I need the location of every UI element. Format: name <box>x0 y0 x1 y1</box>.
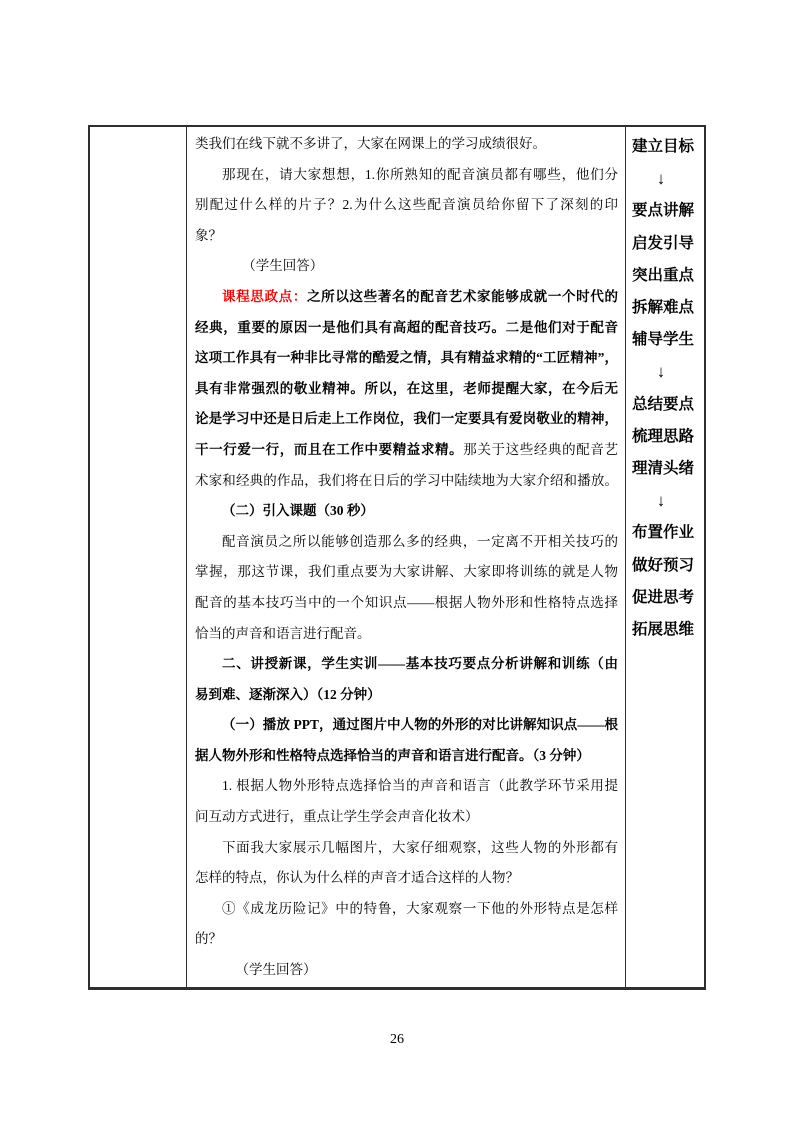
content-line: 配音演员之所以能够创造那么多的经典，一定离不开相关技巧的 <box>195 527 618 558</box>
content-line: 类我们在线下就不多讲了，大家在网课上的学习成绩很好。 <box>195 129 618 160</box>
content-line: （学生回答） <box>195 251 618 282</box>
content-line: 1. 根据人物外形特点选择恰当的声音和语言（此教学环节采用提 <box>195 771 618 802</box>
text-segment: 这项工作具有一种非比寻常的酷爱之情，具有精益求精的“工匠精神”， <box>195 350 618 365</box>
text-segment: 据人物外形和性格特点选择恰当的声音和语言进行配音。（3 分钟） <box>195 748 590 763</box>
text-segment: ①《成龙历险记》中的特鲁，大家观察一下他的外形特点是怎样 <box>222 901 618 916</box>
text-segment: 问互动方式进行，重点让学生学会声音化妆术） <box>195 809 479 824</box>
content-line: 术家和经典的作品，我们将在日后的学习中陆续地为大家介绍和播放。 <box>195 466 618 497</box>
teaching-method-item: 做好预习 <box>632 550 702 582</box>
content-line: 配音的基本技巧当中的一个知识点——根据人物外形和性格特点选择 <box>195 588 618 619</box>
teaching-method-item: 辅导学生 <box>632 324 702 356</box>
text-segment: 类我们在线下就不多讲了，大家在网课上的学习成绩很好。 <box>195 136 546 151</box>
text-segment: 掌握，那这节课，我们重点要为大家讲解、大家即将训练的就是人物 <box>195 564 618 579</box>
table-cell-lesson-content: 类我们在线下就不多讲了，大家在网课上的学习成绩很好。那现在，请大家想想，1.你所… <box>187 127 626 987</box>
teaching-method-item: 突出重点 <box>632 260 702 292</box>
text-segment: 术家和经典的作品，我们将在日后的学习中陆续地为大家介绍和播放。 <box>195 473 618 488</box>
content-line: ①《成龙历险记》中的特鲁，大家观察一下他的外形特点是怎样 <box>195 894 618 925</box>
page-number: 26 <box>0 1032 794 1048</box>
content-line: （二）引入课题（30 秒） <box>195 496 618 527</box>
teaching-method-item: 建立目标 <box>632 131 702 163</box>
lesson-plan-table: 类我们在线下就不多讲了，大家在网课上的学习成绩很好。那现在，请大家想想，1.你所… <box>88 125 706 990</box>
text-segment: 下面我大家展示几幅图片，大家仔细观察，这些人物的外形都有 <box>222 840 618 855</box>
teaching-method-item: 促进思考 <box>632 582 702 614</box>
text-segment: 具有非常强烈的敬业精神。所以，在这里，老师提醒大家，在今后无 <box>195 381 618 396</box>
content-line: 怎样的特点，你认为什么样的声音才适合这样的人物？ <box>195 863 618 894</box>
content-line: 据人物外形和性格特点选择恰当的声音和语言进行配音。（3 分钟） <box>195 741 618 772</box>
text-segment: 的？ <box>195 931 222 946</box>
teaching-method-item: 要点讲解 <box>632 195 702 227</box>
text-segment: 别配过什么样的片子？2.为什么这些配音演员给你留下了深刻的印 <box>195 197 618 212</box>
text-segment: 那现在，请大家想想，1.你所熟知的配音演员都有哪些，他们分 <box>222 167 618 182</box>
content-line: 具有非常强烈的敬业精神。所以，在这里，老师提醒大家，在今后无 <box>195 374 618 405</box>
content-line: 问互动方式进行，重点让学生学会声音化妆术） <box>195 802 618 833</box>
down-arrow-icon: ↓ <box>632 356 702 388</box>
teaching-method-item: 布置作业 <box>632 517 702 549</box>
down-arrow-icon: ↓ <box>632 485 702 517</box>
content-line: （学生回答） <box>195 955 618 986</box>
content-line: 的？ <box>195 924 618 955</box>
teaching-method-item: 启发引导 <box>632 228 702 260</box>
content-line: 那现在，请大家想想，1.你所熟知的配音演员都有哪些，他们分 <box>195 160 618 191</box>
text-segment: 论是学习中还是日后走上工作岗位，我们一定要具有爱岗敬业的精神， <box>195 411 618 426</box>
content-line: 干一行爱一行，而且在工作中要精益求精。那关于这些经典的配音艺 <box>195 435 618 466</box>
teaching-method-item: 拆解难点 <box>632 292 702 324</box>
text-segment: 之所以这些著名的配音艺术家能够成就一个时代的 <box>307 289 618 304</box>
teaching-method-item: 梳理思路 <box>632 421 702 453</box>
text-segment: 易到难、逐渐深入）（12 分钟） <box>195 687 381 702</box>
text-segment: 恰当的声音和语言进行配音。 <box>195 626 371 641</box>
content-line: 下面我大家展示几幅图片，大家仔细观察，这些人物的外形都有 <box>195 833 618 864</box>
text-segment: （一）播放 PPT，通过图片中人物的外形的对比讲解知识点——根 <box>222 717 618 732</box>
teaching-method-item: 理清头绪 <box>632 453 702 485</box>
text-segment: （学生回答） <box>242 258 323 273</box>
teaching-method-item: 拓展思维 <box>632 614 702 646</box>
text-segment: 怎样的特点，你认为什么样的声音才适合这样的人物？ <box>195 870 519 885</box>
table-cell-method-flow: 建立目标↓要点讲解启发引导突出重点拆解难点辅导学生↓总结要点梳理思路理清头绪↓布… <box>626 127 704 987</box>
content-line: 课程思政点：之所以这些著名的配音艺术家能够成就一个时代的 <box>195 282 618 313</box>
content-line: 象？ <box>195 221 618 252</box>
text-segment: 配音的基本技巧当中的一个知识点——根据人物外形和性格特点选择 <box>195 595 618 610</box>
content-line: 二、讲授新课，学生实训——基本技巧要点分析讲解和训练（由 <box>195 649 618 680</box>
text-segment: 象？ <box>195 228 222 243</box>
text-segment: 干一行爱一行，而且在工作中要精益求精。 <box>195 442 463 457</box>
text-segment: （学生回答） <box>236 962 317 977</box>
table-cell-left-blank <box>90 127 187 987</box>
text-segment: 经典，重要的原因一是他们具有高超的配音技巧。二是他们对于配音 <box>195 320 618 335</box>
content-line: 易到难、逐渐深入）（12 分钟） <box>195 680 618 711</box>
down-arrow-icon: ↓ <box>632 163 702 195</box>
text-segment: 配音演员之所以能够创造那么多的经典，一定离不开相关技巧的 <box>222 534 618 549</box>
content-line: 这项工作具有一种非比寻常的酷爱之情，具有精益求精的“工匠精神”， <box>195 343 618 374</box>
content-line: 掌握，那这节课，我们重点要为大家讲解、大家即将训练的就是人物 <box>195 557 618 588</box>
content-line: （一）播放 PPT，通过图片中人物的外形的对比讲解知识点——根 <box>195 710 618 741</box>
content-line: 经典，重要的原因一是他们具有高超的配音技巧。二是他们对于配音 <box>195 313 618 344</box>
teaching-method-item: 总结要点 <box>632 389 702 421</box>
content-line: 论是学习中还是日后走上工作岗位，我们一定要具有爱岗敬业的精神， <box>195 404 618 435</box>
content-line: 别配过什么样的片子？2.为什么这些配音演员给你留下了深刻的印 <box>195 190 618 221</box>
ideology-point-label: 课程思政点： <box>222 289 307 304</box>
text-segment: （二）引入课题（30 秒） <box>222 503 374 518</box>
text-segment: 1. 根据人物外形特点选择恰当的声音和语言（此教学环节采用提 <box>222 778 618 793</box>
text-segment: 二、讲授新课，学生实训——基本技巧要点分析讲解和训练（由 <box>222 656 618 671</box>
text-segment: 那关于这些经典的配音艺 <box>463 442 618 457</box>
content-line: 恰当的声音和语言进行配音。 <box>195 619 618 650</box>
